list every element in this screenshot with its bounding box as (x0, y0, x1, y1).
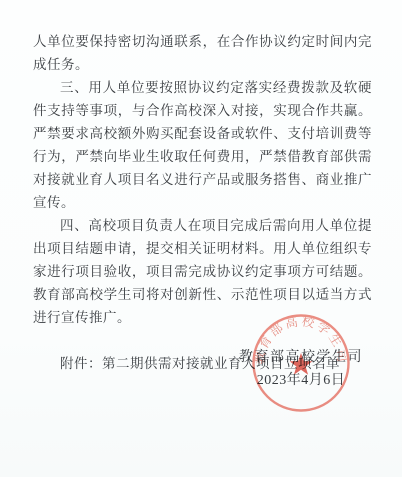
signature-block: 教育部高校学生司 2023年4月6日 (239, 348, 363, 391)
document-body: 人单位要保持密切沟通联系，在合作协议约定时间内完成任务。 三、用人单位要按照协议… (33, 30, 372, 375)
signature-date: 2023年4月6日 (239, 371, 363, 391)
paragraph-continuation: 人单位要保持密切沟通联系，在合作协议约定时间内完成任务。 (33, 30, 372, 76)
document-page: 人单位要保持密切沟通联系，在合作协议约定时间内完成任务。 三、用人单位要按照协议… (0, 0, 402, 477)
paragraph-item-four: 四、高校项目负责人在项目完成后需向用人单位提出项目结题申请，提交相关证明材料。用… (33, 214, 372, 329)
paragraph-item-three: 三、用人单位要按照协议约定落实经费拨款及软硬件支持等事项，与合作高校深入对接，实… (33, 76, 372, 214)
signature-issuer: 教育部高校学生司 (239, 348, 363, 368)
